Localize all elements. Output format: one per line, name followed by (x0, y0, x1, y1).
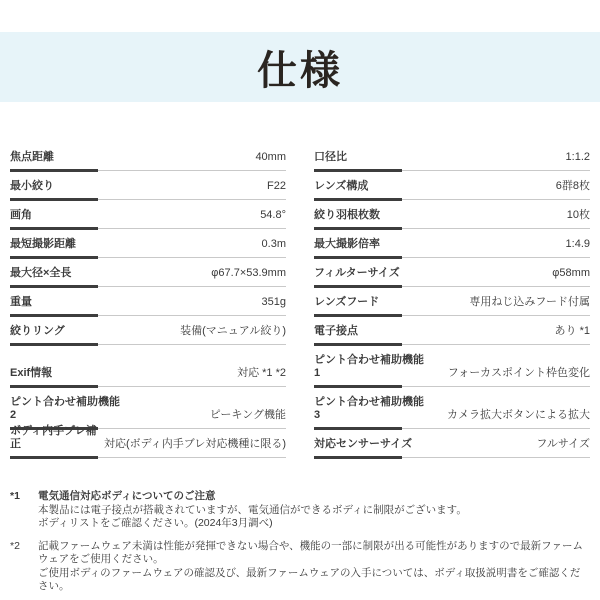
spec-value: 専用ねじ込みフード付属 (469, 296, 590, 309)
spec-label: ピント合わせ補助機能 1 (314, 354, 424, 380)
spec-value: φ67.7×53.9mm (211, 267, 286, 280)
spec-value: あり *1 (555, 325, 590, 338)
spec-row: 重量 351g (10, 287, 286, 316)
footnote-content: 記載ファームウェア未満は性能が発揮できない場合や、機能の一部に制限が出る可能性が… (38, 540, 590, 594)
spec-row: 焦点距離 40mm (10, 142, 286, 171)
spec-value: 装備(マニュアル絞り) (180, 325, 286, 338)
spec-value: 6群8枚 (556, 180, 590, 193)
spec-row: フィルターサイズ φ58mm (314, 258, 590, 287)
spec-value: 1:1.2 (566, 151, 590, 164)
spec-value: 351g (262, 296, 286, 309)
spec-value: フルサイズ (536, 438, 590, 451)
spec-row: Exif情報 対応 *1 *2 (10, 345, 286, 387)
spec-value: 10枚 (567, 209, 590, 222)
spec-value: 対応 *1 *2 (237, 367, 286, 380)
spec-value: F22 (267, 180, 286, 193)
spec-row: 絞り羽根枚数 10枚 (314, 200, 590, 229)
spec-value: 0.3m (262, 238, 286, 251)
spec-label: Exif情報 (10, 367, 52, 380)
spec-label: 電子接点 (314, 325, 358, 338)
spec-row: 画角 54.8° (10, 200, 286, 229)
spec-value: フォーカスポイント枠色変化 (448, 367, 590, 380)
spec-row: 最大径×全長 φ67.7×53.9mm (10, 258, 286, 287)
spec-label: 焦点距離 (10, 151, 54, 164)
spec-label: 口径比 (314, 151, 347, 164)
footnotes: *1 電気通信対応ボディについてのご注意 本製品には電子接点が搭載されていますが… (0, 490, 600, 594)
spec-label: ピント合わせ補助機能 3 (314, 396, 424, 422)
spec-row: ピント合わせ補助機能 2 ピーキング機能 (10, 387, 286, 429)
spec-value: 40mm (255, 151, 286, 164)
footnote-body: 本製品には電子接点が搭載されていますが、電気通信ができるボディに制限がございます… (38, 504, 590, 531)
spec-label: 重量 (10, 296, 32, 309)
page-title: 仕様 (257, 39, 343, 96)
spec-value: 対応(ボディ内手ブレ対応機種に限る) (104, 438, 286, 451)
spec-row: 最大撮影倍率 1:4.9 (314, 229, 590, 258)
spec-label: 絞りリング (10, 325, 65, 338)
spec-row: 最小絞り F22 (10, 171, 286, 200)
spec-label: ボディ内手ブレ補正 (10, 425, 104, 451)
spec-label: ピント合わせ補助機能 2 (10, 396, 120, 422)
spec-label: 絞り羽根枚数 (314, 209, 380, 222)
footnote-marker: *2 (10, 540, 38, 594)
footnote-marker: *1 (10, 490, 38, 531)
spec-row: レンズ構成 6群8枚 (314, 171, 590, 200)
footnote-heading: 電気通信対応ボディについてのご注意 (38, 490, 590, 504)
spec-label: 最大撮影倍率 (314, 238, 380, 251)
footnote-body: 記載ファームウェア未満は性能が発揮できない場合や、機能の一部に制限が出る可能性が… (38, 540, 590, 594)
spec-value: ピーキング機能 (210, 409, 286, 422)
spec-label: 最小絞り (10, 180, 54, 193)
spec-label: 最短撮影距離 (10, 238, 76, 251)
spec-row: レンズフード 専用ねじ込みフード付属 (314, 287, 590, 316)
spec-label: 画角 (10, 209, 32, 222)
spec-row: 最短撮影距離 0.3m (10, 229, 286, 258)
footnote: *2 記載ファームウェア未満は性能が発揮できない場合や、機能の一部に制限が出る可… (10, 540, 590, 594)
spec-row: ピント合わせ補助機能 1 フォーカスポイント枠色変化 (314, 345, 590, 387)
footnote: *1 電気通信対応ボディについてのご注意 本製品には電子接点が搭載されていますが… (10, 490, 590, 531)
spec-row: 電子接点 あり *1 (314, 316, 590, 345)
spec-column-left: 焦点距離 40mm 最小絞り F22 画角 54.8° 最短撮影距離 0.3m … (10, 142, 286, 458)
spec-label: 最大径×全長 (10, 267, 71, 280)
spec-label: レンズ構成 (314, 180, 368, 193)
spec-value: カメラ拡大ボタンによる拡大 (447, 409, 590, 422)
footnote-content: 電気通信対応ボディについてのご注意 本製品には電子接点が搭載されていますが、電気… (38, 490, 590, 531)
spec-value: 1:4.9 (566, 238, 590, 251)
spec-value: 54.8° (260, 209, 286, 222)
spec-label: フィルターサイズ (314, 267, 400, 280)
spec-table: 焦点距離 40mm 最小絞り F22 画角 54.8° 最短撮影距離 0.3m … (0, 142, 600, 458)
spec-value: φ58mm (552, 267, 590, 280)
spec-column-right: 口径比 1:1.2 レンズ構成 6群8枚 絞り羽根枚数 10枚 最大撮影倍率 1… (314, 142, 590, 458)
spec-row: 絞りリング 装備(マニュアル絞り) (10, 316, 286, 345)
spec-label: 対応センサーサイズ (314, 438, 412, 451)
spec-row: ボディ内手ブレ補正 対応(ボディ内手ブレ対応機種に限る) (10, 429, 286, 458)
header-band: 仕様 (0, 32, 600, 102)
spec-row: 口径比 1:1.2 (314, 142, 590, 171)
spec-row: ピント合わせ補助機能 3 カメラ拡大ボタンによる拡大 (314, 387, 590, 429)
spec-label: レンズフード (314, 296, 379, 309)
spec-row: 対応センサーサイズ フルサイズ (314, 429, 590, 458)
